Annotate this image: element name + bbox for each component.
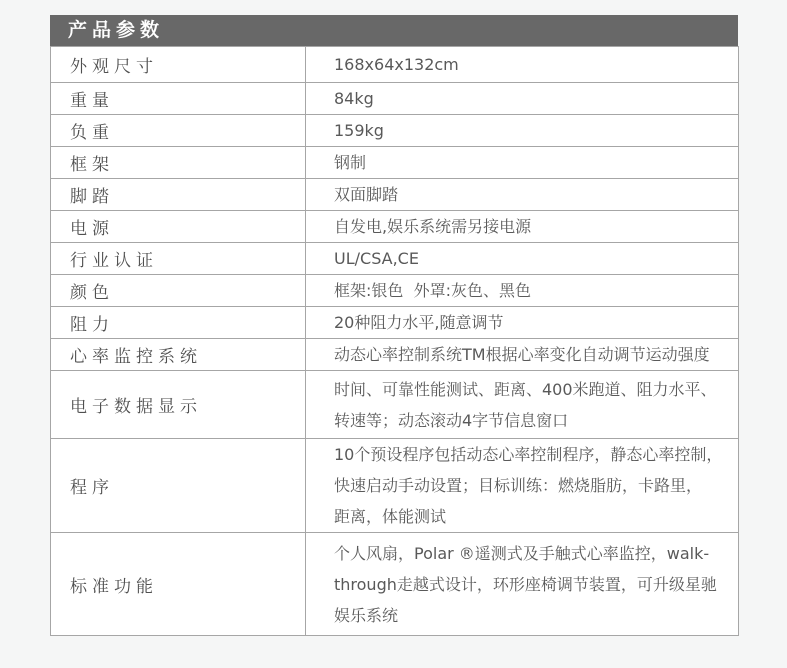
table-row: 电子数据显示 时间、可靠性能测试、距离、400米跑道、阻力水平、 转速等；动态滚… [51, 371, 739, 439]
table-row: 电源 自发电,娱乐系统需另接电源 [51, 211, 739, 243]
spec-value: 双面脚踏 [306, 179, 739, 211]
table-row: 负重 159kg [51, 115, 739, 147]
spec-label: 脚踏 [51, 179, 306, 211]
spec-label: 框架 [51, 147, 306, 179]
spec-value: 168x64x132cm [306, 47, 739, 83]
spec-label: 电源 [51, 211, 306, 243]
table-row: 颜色 框架:银色 外罩:灰色、黑色 [51, 275, 739, 307]
spec-table: 外观尺寸 168x64x132cm 重量 84kg 负重 159kg 框架 钢制… [50, 46, 739, 636]
spec-value: UL/CSA,CE [306, 243, 739, 275]
spec-label: 负重 [51, 115, 306, 147]
table-row: 脚踏 双面脚踏 [51, 179, 739, 211]
page-background: { "page": { "background_color": "#f5f6f6… [0, 0, 787, 668]
table-row: 标准功能 个人风扇，Polar ®遥测式及手触式心率监控，walk- throu… [51, 533, 739, 636]
table-row: 阻力 20种阻力水平,随意调节 [51, 307, 739, 339]
spec-label: 重量 [51, 83, 306, 115]
table-row: 外观尺寸 168x64x132cm [51, 47, 739, 83]
spec-value: 20种阻力水平,随意调节 [306, 307, 739, 339]
table-row: 重量 84kg [51, 83, 739, 115]
table-row: 行业认证 UL/CSA,CE [51, 243, 739, 275]
spec-label: 外观尺寸 [51, 47, 306, 83]
spec-label: 阻力 [51, 307, 306, 339]
spec-value: 框架:银色 外罩:灰色、黑色 [306, 275, 739, 307]
spec-label: 程序 [51, 439, 306, 533]
spec-value: 84kg [306, 83, 739, 115]
spec-value: 自发电,娱乐系统需另接电源 [306, 211, 739, 243]
spec-label: 心率监控系统 [51, 339, 306, 371]
spec-label: 行业认证 [51, 243, 306, 275]
spec-value: 时间、可靠性能测试、距离、400米跑道、阻力水平、 转速等；动态滚动4字节信息窗… [306, 371, 739, 439]
spec-value: 钢制 [306, 147, 739, 179]
spec-value: 动态心率控制系统TM根据心率变化自动调节运动强度 [306, 339, 739, 371]
product-spec-card: 产品参数 外观尺寸 168x64x132cm 重量 84kg 负重 159kg … [50, 15, 738, 636]
spec-value: 个人风扇，Polar ®遥测式及手触式心率监控，walk- through走越式… [306, 533, 739, 636]
table-row: 心率监控系统 动态心率控制系统TM根据心率变化自动调节运动强度 [51, 339, 739, 371]
table-row: 程序 10个预设程序包括动态心率控制程序，静态心率控制， 快速启动手动设置；目标… [51, 439, 739, 533]
table-row: 框架 钢制 [51, 147, 739, 179]
spec-value: 159kg [306, 115, 739, 147]
spec-label: 颜色 [51, 275, 306, 307]
spec-label: 电子数据显示 [51, 371, 306, 439]
spec-value: 10个预设程序包括动态心率控制程序，静态心率控制， 快速启动手动设置；目标训练：… [306, 439, 739, 533]
spec-label: 标准功能 [51, 533, 306, 636]
table-title: 产品参数 [50, 15, 738, 46]
table-title-bar: 产品参数 [50, 15, 738, 46]
